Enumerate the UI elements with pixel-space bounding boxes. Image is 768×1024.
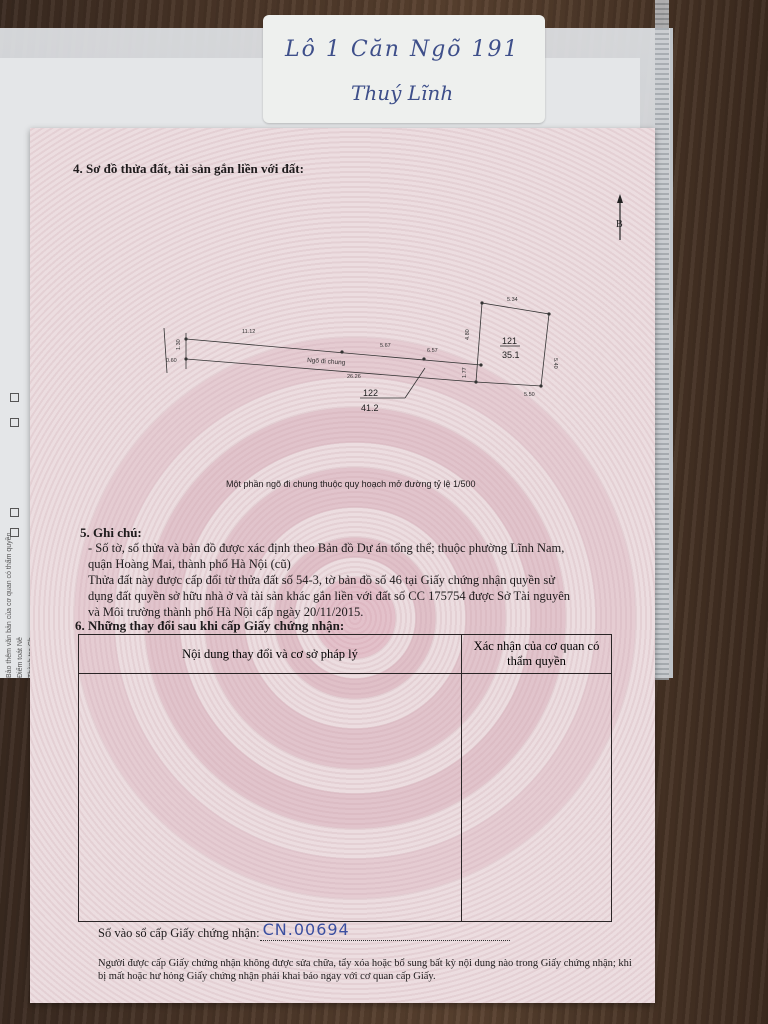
table-cell [79, 674, 462, 922]
registry-value: CN.00694 [263, 920, 350, 939]
checkbox-icon [10, 418, 19, 427]
dim-label: 1.30 [176, 339, 182, 350]
note-line-2: Thuý Lĩnh [351, 81, 453, 105]
registry-label: Số vào sổ cấp Giấy chứng nhận: [98, 926, 260, 940]
lane-label: Ngõ đi chung [307, 357, 346, 367]
registry-number-row: Số vào sổ cấp Giấy chứng nhận:CN.00694 [98, 926, 510, 941]
note-line-1: Lô 1 Căn Ngõ 191 [285, 37, 520, 62]
warning-text: Người được cấp Giấy chứng nhận không đượ… [98, 957, 638, 983]
dim-label: 5.34 [507, 297, 518, 303]
column-header-content: Nội dung thay đổi và cơ sở pháp lý [79, 635, 462, 674]
note-line: quận Hoàng Mai, thành phố Hà Nội (cũ) [88, 556, 291, 572]
checkbox-icon [10, 528, 19, 537]
checkbox-icon [10, 393, 19, 402]
registry-dotted-field: CN.00694 [260, 926, 510, 941]
parcel-number: 122 [363, 388, 378, 398]
table-cell [462, 674, 612, 922]
dim-label: 1.77 [462, 367, 468, 378]
land-certificate-page: 4. Sơ đồ thửa đất, tài sản gắn liền với … [30, 128, 655, 1003]
parcel-area: 41.2 [361, 403, 379, 413]
dim-label: 26.26 [347, 374, 361, 380]
sticky-note: Lô 1 Căn Ngõ 191 Thuý Lĩnh [263, 15, 545, 123]
parcel-area: 35.1 [502, 350, 520, 360]
section-5-title: 5. Ghi chú: [80, 525, 142, 541]
sleeve-seam [655, 0, 669, 680]
note-line: - Số tờ, số thửa và bản đồ được xác định… [88, 540, 564, 556]
dim-label: 5.50 [524, 392, 535, 398]
column-header-confirmation: Xác nhận của cơ quan có thẩm quyền [462, 635, 612, 674]
parcel-number: 121 [502, 336, 517, 346]
note-line: Thửa đất này được cấp đổi từ thửa đất số… [88, 572, 555, 588]
plot-caption: Một phần ngõ đi chung thuộc quy hoạch mở… [226, 479, 476, 489]
plot-diagram: 11.12 5.67 6.57 4.80 5.34 5.40 5.50 1.77… [30, 128, 655, 508]
dim-label: 5.40 [552, 358, 558, 369]
dim-label: 11.12 [242, 329, 255, 335]
dim-label: 6.57 [427, 348, 438, 354]
note-line: dụng đất quyền sở hữu nhà ở và tài sản k… [88, 588, 570, 604]
checkbox-icon [10, 508, 19, 517]
changes-table: Nội dung thay đổi và cơ sở pháp lý Xác n… [78, 634, 612, 922]
section-6-title: 6. Những thay đổi sau khi cấp Giấy chứng… [75, 618, 344, 634]
dim-label: 4.80 [465, 329, 471, 340]
dim-label: 5.67 [380, 343, 391, 349]
dim-label: 0.60 [166, 358, 177, 364]
